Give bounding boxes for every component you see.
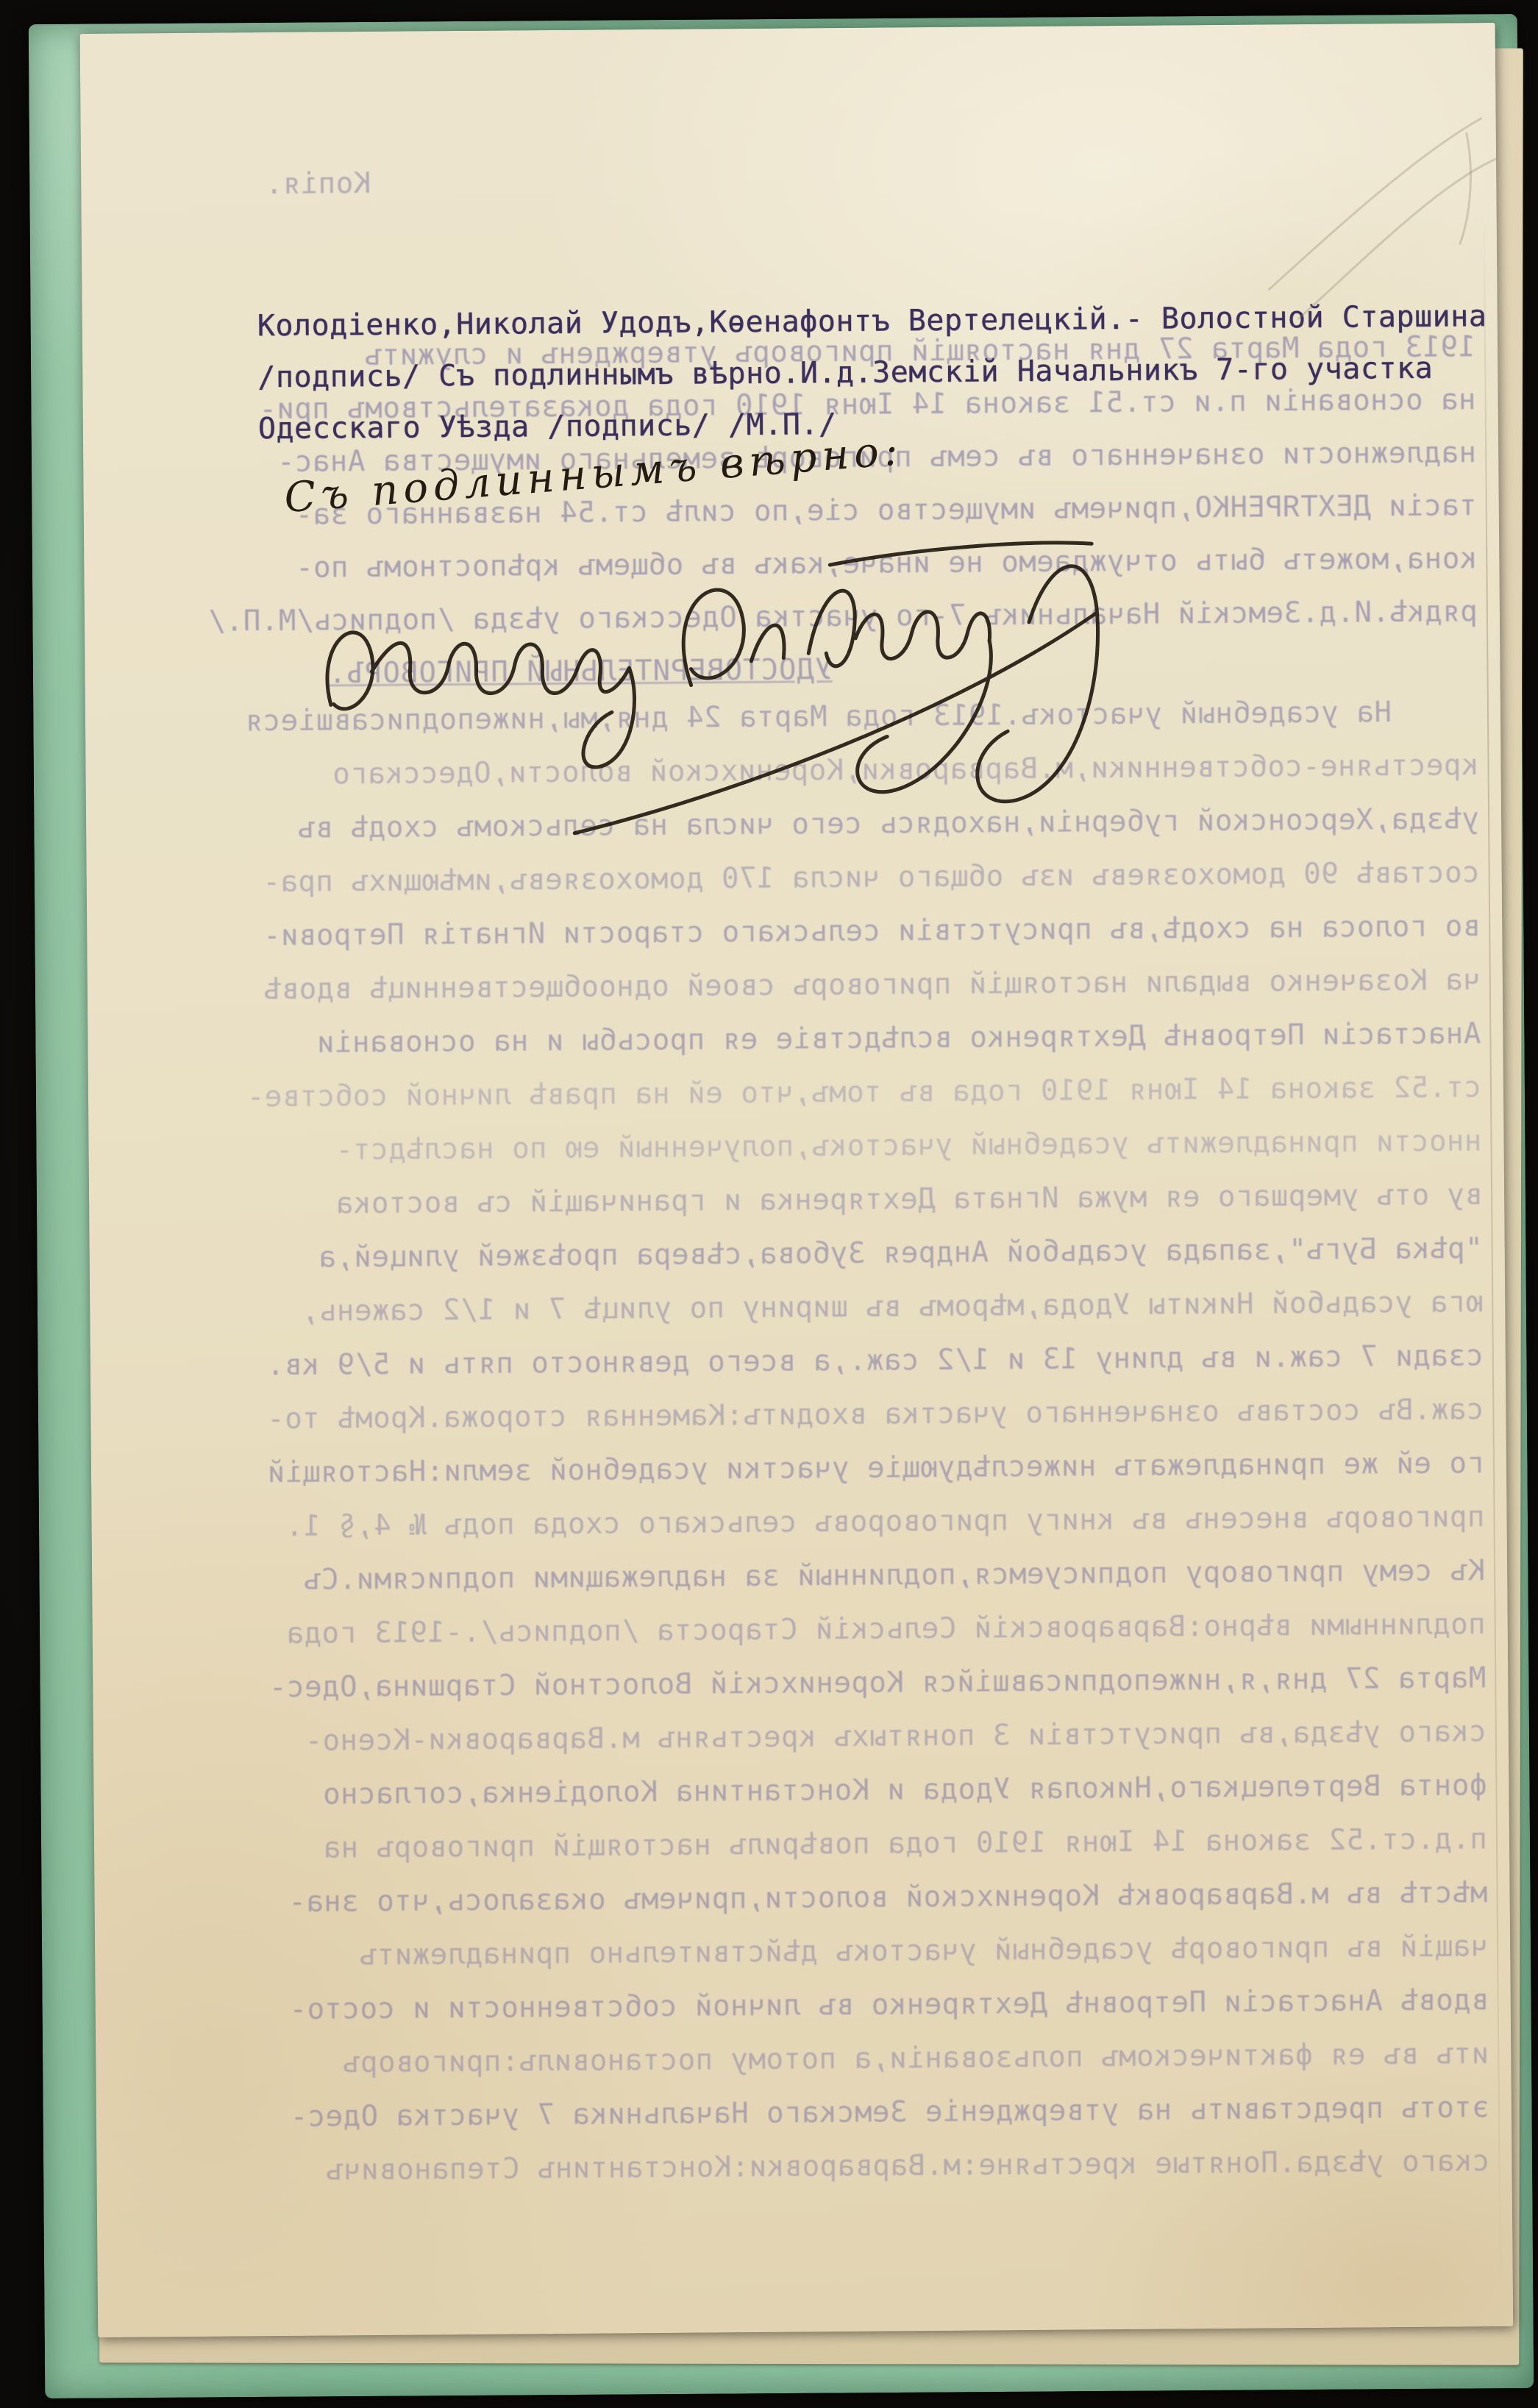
verso-body-line: чащій въ приговорѣ усадебный участокъ дѣ… — [131, 1920, 1489, 1984]
verso-body-line: подлинными вѣрно:Варваровскій Сельскій С… — [128, 1597, 1486, 1661]
verso-body-line: скаго уѣзда.Понятые крестьяне:м.Варваров… — [132, 2134, 1490, 2198]
verso-body-line: скаго уѣзда,въ присутствіи 3 понятыхъ кр… — [129, 1705, 1487, 1769]
verso-body-line: саж.Въ составъ означеннаго участка входи… — [127, 1383, 1484, 1447]
verso-body-line: п.д.ст.52 закона 14 Іюня 1910 года повѣр… — [130, 1812, 1488, 1876]
notary-signature — [218, 445, 1163, 864]
verso-body-line: юга усадьбой Никиты Удода,мѣромъ въ шири… — [126, 1275, 1484, 1339]
verso-body-line: ву отъ умершаго ея мужа Игната Дехтяренк… — [125, 1168, 1483, 1232]
pencil-marks — [1245, 89, 1513, 356]
verso-body-line: итъ въ ея фактическомъ пользованіи,а пот… — [132, 2027, 1489, 2091]
copy-label: Копія. — [117, 168, 371, 202]
verso-body-block-mirrored: На усадебный участокъ.1913 года Марта 24… — [121, 685, 1490, 2198]
verso-body-line: приговоръ внесенъ въ книгу приговоровъ с… — [127, 1490, 1485, 1554]
verso-body-line: ча Козаченко выдали настоящій приговоръ … — [124, 953, 1481, 1017]
document-page: Копія. 1913 года Марта 27 дня настоящій … — [80, 23, 1514, 2337]
